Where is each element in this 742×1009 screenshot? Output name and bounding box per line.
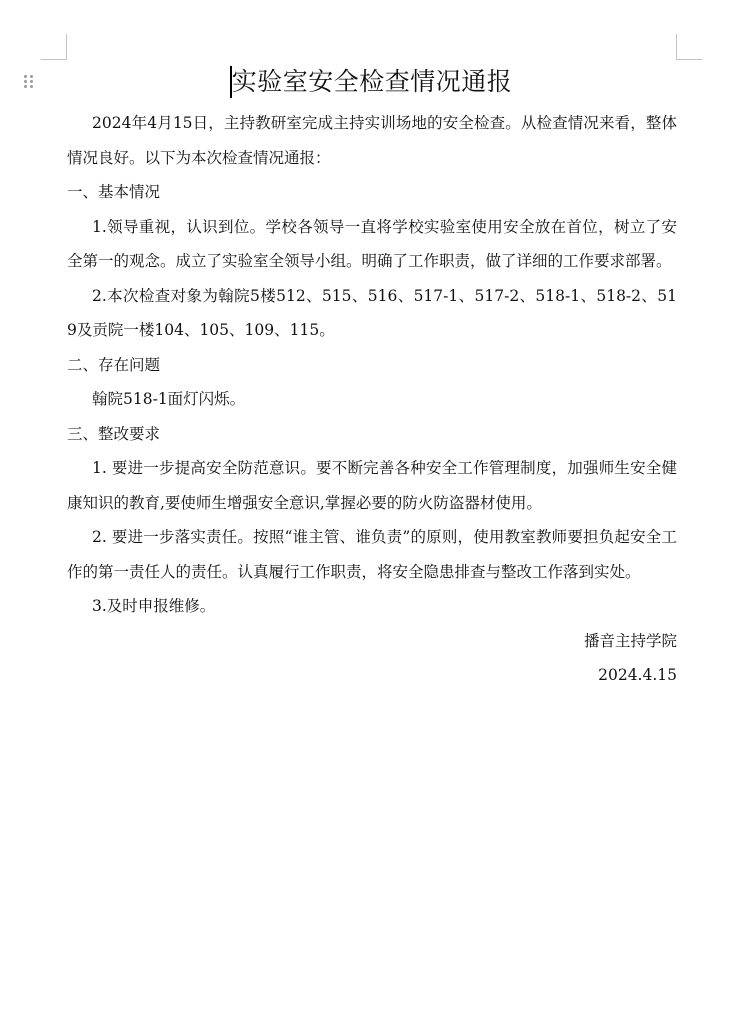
section-item: 2.本次检查对象为翰院5楼512、515、516、517-1、517-2、518… xyxy=(67,279,677,348)
section-heading-issues: 二、存在问题 xyxy=(67,348,677,383)
document-page[interactable]: 实验室安全检查情况通报 2024年4月15日，主持教研室完成主持实训场地的安全检… xyxy=(67,62,677,693)
drag-dot xyxy=(24,80,27,83)
section-item: 2. 要进一步落实责任。按照“谁主管、谁负责”的原则，使用教室教师要担负起安全工… xyxy=(67,520,677,589)
drag-dot xyxy=(30,85,33,88)
drag-dot xyxy=(30,75,33,78)
section-item: 1.领导重视，认识到位。学校各领导一直将学校实验室使用安全放在首位，树立了安全第… xyxy=(67,210,677,279)
section-item: 翰院518-1面灯闪烁。 xyxy=(67,382,677,417)
section-heading-basic: 一、基本情况 xyxy=(67,175,677,210)
section-item: 1. 要进一步提高安全防范意识。要不断完善各种安全工作管理制度，加强师生安全健康… xyxy=(67,451,677,520)
text-cursor xyxy=(230,66,232,98)
page-corner-marker-top-left xyxy=(41,34,67,60)
section-item: 3.及时申报维修。 xyxy=(67,589,677,624)
document-title: 实验室安全检查情况通报 xyxy=(232,67,513,96)
section-heading-rectification: 三、整改要求 xyxy=(67,417,677,452)
signature-organization: 播音主持学院 xyxy=(67,624,677,659)
drag-dot xyxy=(30,80,33,83)
page-corner-marker-top-right xyxy=(676,34,702,60)
intro-paragraph: 2024年4月15日，主持教研室完成主持实训场地的安全检查。从检查情况来看，整体… xyxy=(67,106,677,175)
document-title-block[interactable]: 实验室安全检查情况通报 xyxy=(67,62,677,102)
paragraph-drag-handle-icon[interactable] xyxy=(24,75,34,89)
drag-dot xyxy=(24,75,27,78)
drag-dot xyxy=(24,85,27,88)
signature-date: 2024.4.15 xyxy=(67,658,677,693)
